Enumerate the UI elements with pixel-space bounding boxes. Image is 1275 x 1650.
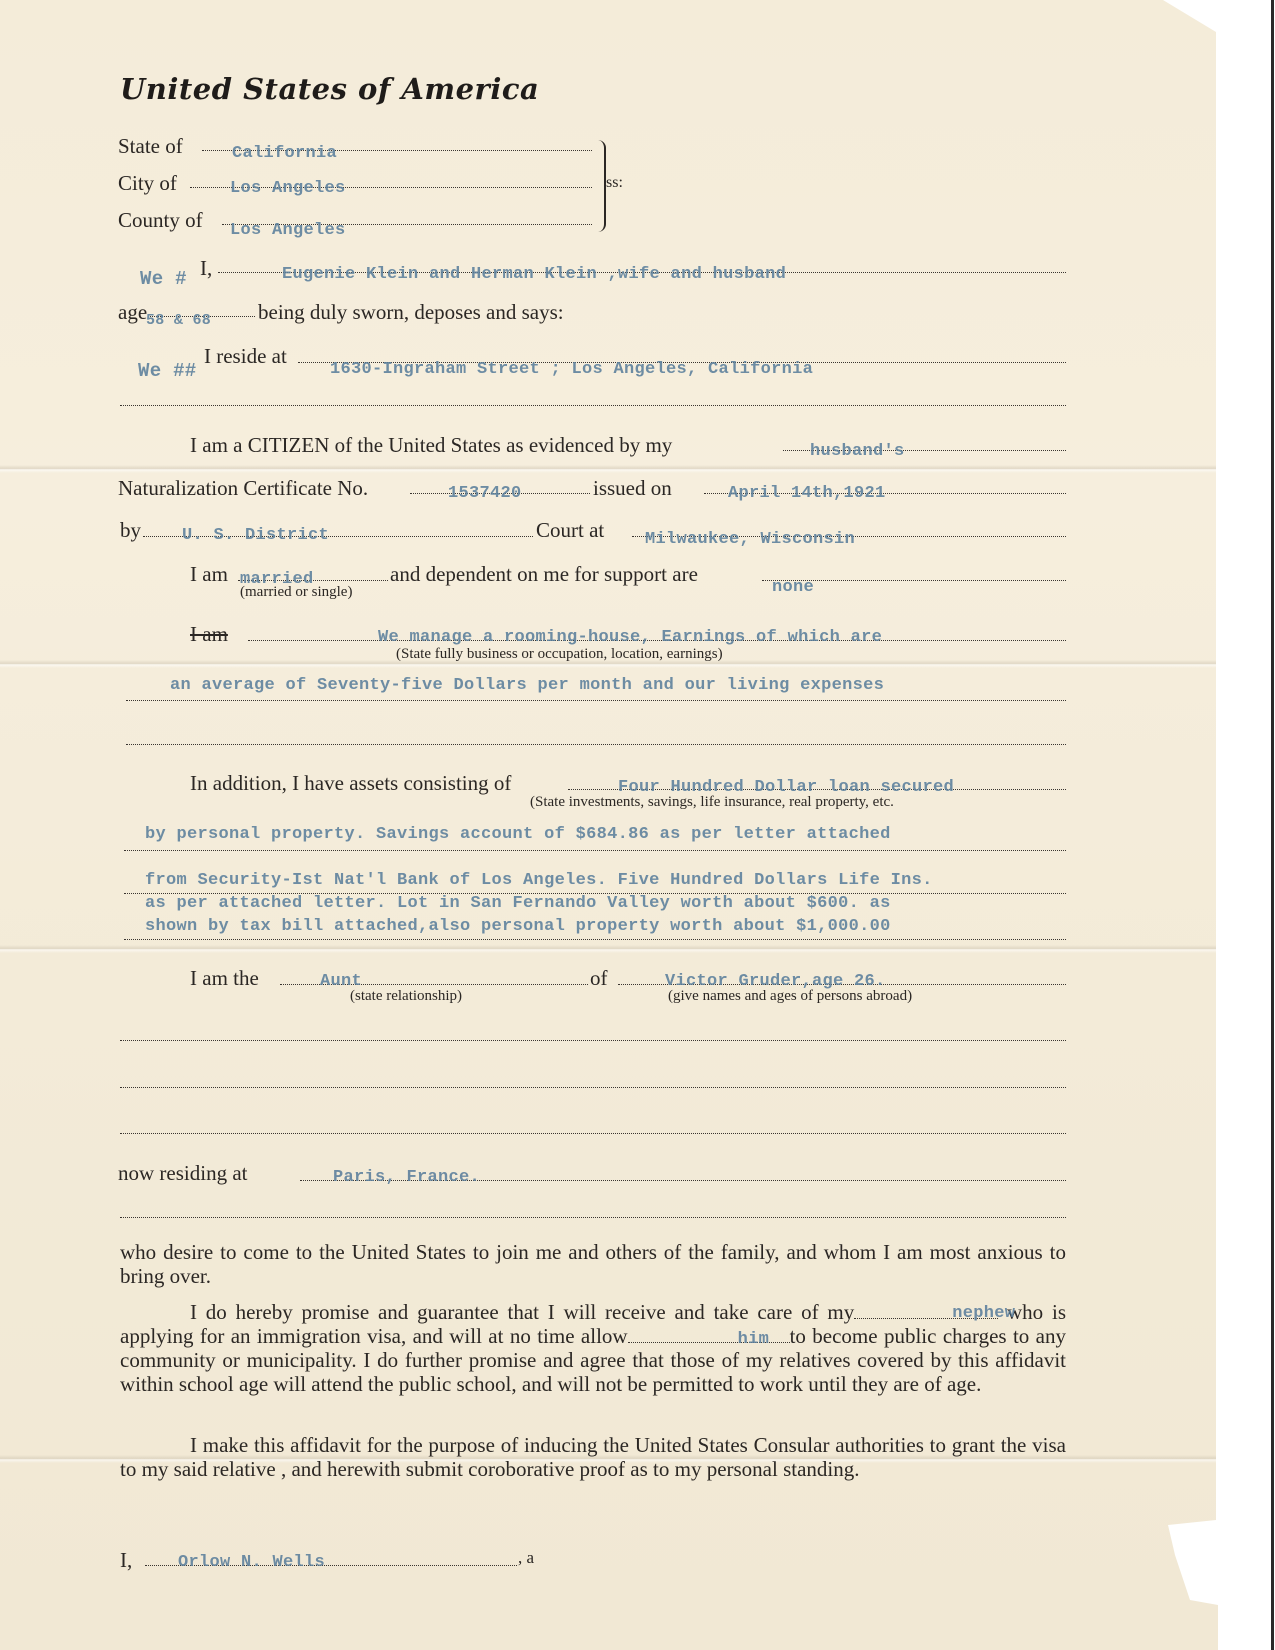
- pronoun-field[interactable]: him: [628, 1326, 790, 1343]
- assets-value-3[interactable]: from Security-Ist Nat'l Bank of Los Ange…: [145, 871, 933, 890]
- state-label: State of: [118, 134, 183, 159]
- we-overtype-residence: We ##: [138, 360, 197, 382]
- age-label: age: [118, 300, 147, 325]
- assets-value-5[interactable]: shown by tax bill attached,also personal…: [145, 917, 891, 936]
- cert-number[interactable]: 1537420: [448, 484, 522, 503]
- paper-fold: [0, 945, 1218, 953]
- i-label: I,: [200, 256, 212, 281]
- notary-suffix: , a: [518, 1548, 534, 1568]
- i-am-label: I am: [190, 562, 228, 587]
- relative-field[interactable]: nephew: [854, 1302, 998, 1319]
- persons-hint: (give names and ages of persons abroad): [668, 988, 912, 1005]
- city-value[interactable]: Los Angeles: [230, 179, 346, 198]
- by-label: by: [120, 518, 141, 543]
- notary-i-label: I,: [120, 1548, 132, 1573]
- blank-line: [120, 1087, 1066, 1088]
- state-value[interactable]: California: [232, 144, 337, 163]
- struck-i-am: I am: [190, 622, 228, 647]
- notary-name[interactable]: Orlow N. Wells: [178, 1553, 325, 1572]
- occupation-line-3: [126, 744, 1066, 745]
- court-location[interactable]: Milwaukee, Wisconsin: [645, 530, 855, 549]
- assets-value-2[interactable]: by personal property. Savings account of…: [145, 825, 891, 844]
- blank-line: [120, 1133, 1066, 1134]
- purpose-paragraph: I make this affidavit for the purpose of…: [120, 1433, 1066, 1481]
- guarantee-post: to become: [790, 1324, 878, 1348]
- assets-label: In addition, I have assets consisting of: [190, 771, 511, 796]
- of-label: of: [590, 966, 608, 991]
- paper-fold: [0, 465, 1218, 473]
- occupation-hint: (State fully business or occupation, loc…: [396, 646, 723, 663]
- we-overtype: We #: [140, 268, 187, 290]
- residence-address[interactable]: 1630-Ingraham Street ; Los Angeles, Cali…: [330, 360, 813, 379]
- affiant-names[interactable]: Eugenie Klein and Herman Klein ,wife and…: [282, 265, 786, 284]
- document-title: United States of America: [120, 72, 539, 106]
- age-value[interactable]: 58 & 68: [146, 312, 211, 329]
- bracket: [596, 140, 606, 232]
- desire-paragraph: who desire to come to the United States …: [120, 1240, 1066, 1288]
- guarantee-pre: I do hereby promise and guarantee that I…: [190, 1300, 854, 1324]
- assets-line-2: [124, 850, 1066, 851]
- pronoun-value: him: [668, 1328, 770, 1352]
- blank-line: [120, 1040, 1066, 1041]
- citizen-text: I am a CITIZEN of the United States as e…: [190, 433, 672, 458]
- assets-value-4[interactable]: as per attached letter. Lot in San Ferna…: [145, 894, 891, 913]
- occupation-line-2: [126, 700, 1066, 701]
- blank-line: [120, 405, 1066, 406]
- county-value[interactable]: Los Angeles: [230, 221, 346, 240]
- relationship-label: I am the: [190, 966, 259, 991]
- occupation-value[interactable]: We manage a rooming-house, Earnings of w…: [378, 628, 882, 647]
- dependents-label: and dependent on me for support are: [390, 562, 698, 587]
- city-label: City of: [118, 171, 177, 196]
- relationship-hint: (state relationship): [350, 988, 462, 1005]
- ss-label: ss:: [606, 174, 623, 192]
- assets-line-4: [124, 939, 1066, 940]
- relative-value: nephew: [882, 1302, 1015, 1326]
- county-label: County of: [118, 208, 203, 233]
- occupation-value-2[interactable]: an average of Seventy-five Dollars per m…: [170, 676, 884, 695]
- guarantee-paragraph: I do hereby promise and guarantee that I…: [120, 1300, 1066, 1396]
- blank-line: [120, 1217, 1066, 1218]
- issued-label: issued on: [593, 476, 672, 501]
- affidavit-page: United States of America State of Califo…: [0, 0, 1218, 1650]
- marital-hint: (married or single): [240, 584, 352, 601]
- evidence-value[interactable]: husband's: [810, 442, 905, 461]
- court-name[interactable]: U. S. District: [182, 526, 329, 545]
- reside-label: I reside at: [204, 344, 287, 369]
- residing-label: now residing at: [118, 1161, 247, 1186]
- court-label: Court at: [536, 518, 604, 543]
- issued-date[interactable]: April 14th,1921: [728, 484, 886, 503]
- cert-label: Naturalization Certificate No.: [118, 476, 368, 501]
- scan-border: [1271, 0, 1274, 1650]
- sworn-text: being duly sworn, deposes and says:: [258, 300, 564, 325]
- residing-value[interactable]: Paris, France.: [333, 1168, 480, 1187]
- assets-hint: (State investments, savings, life insura…: [530, 794, 894, 811]
- dependents-value[interactable]: none: [772, 578, 814, 597]
